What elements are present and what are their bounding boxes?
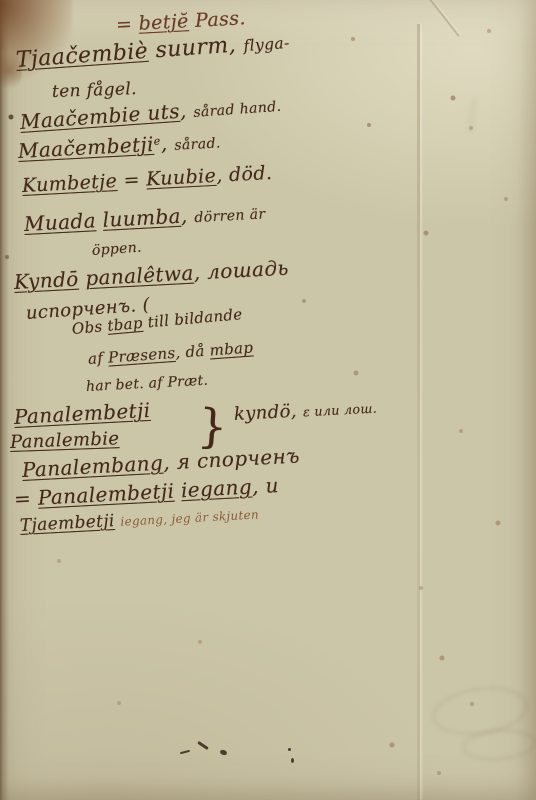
headword: Panalembie [10, 428, 120, 453]
entry-line-continuation: ten fågel. [52, 79, 138, 102]
ink-smudge [288, 748, 291, 751]
manuscript-photo: = betjĕ Pass. Tjaačembiè suurm, flyga- t… [0, 0, 536, 800]
gloss-text: , [180, 203, 195, 228]
headword: betjĕ [138, 10, 189, 35]
brace-glyph: } [196, 398, 230, 454]
gloss-text: , лошадь [193, 256, 289, 285]
note-text: af [87, 349, 108, 368]
paper-crease-vertical [417, 24, 420, 800]
gloss-text: ε или лош. [303, 401, 378, 420]
note-text: , då [175, 342, 211, 362]
ink-smudge [291, 758, 294, 763]
headword: tbap [107, 314, 144, 335]
entry-line-panalembie: Panalembie [10, 428, 120, 453]
headword: mbap [209, 338, 254, 359]
gloss-text: dörren är [194, 206, 266, 226]
headword: Muada [23, 208, 96, 236]
gloss-text: , и [251, 473, 279, 498]
gloss-text: , [160, 131, 175, 156]
headword: luumba [102, 204, 181, 232]
gloss-text: sårad. [174, 135, 221, 153]
gloss-text: = [13, 486, 38, 511]
gloss-text: = [115, 13, 139, 36]
gloss-text: flyga- [243, 34, 290, 55]
gloss-text: Pass. [188, 7, 246, 32]
gloss-text: = [117, 169, 147, 192]
headword: Kyndō [13, 267, 79, 294]
gloss-text: , död. [216, 162, 273, 187]
foxing-spots [0, 0, 2, 2]
headword: Kuubie [146, 165, 217, 191]
note-text: Obs [71, 317, 108, 338]
gloss-text: ten fågel. [52, 79, 138, 102]
gloss-text: , [179, 98, 194, 123]
headword: iegang [180, 475, 252, 503]
gloss-text: kyndö, [233, 400, 303, 425]
brace-glyph: } [196, 398, 230, 454]
